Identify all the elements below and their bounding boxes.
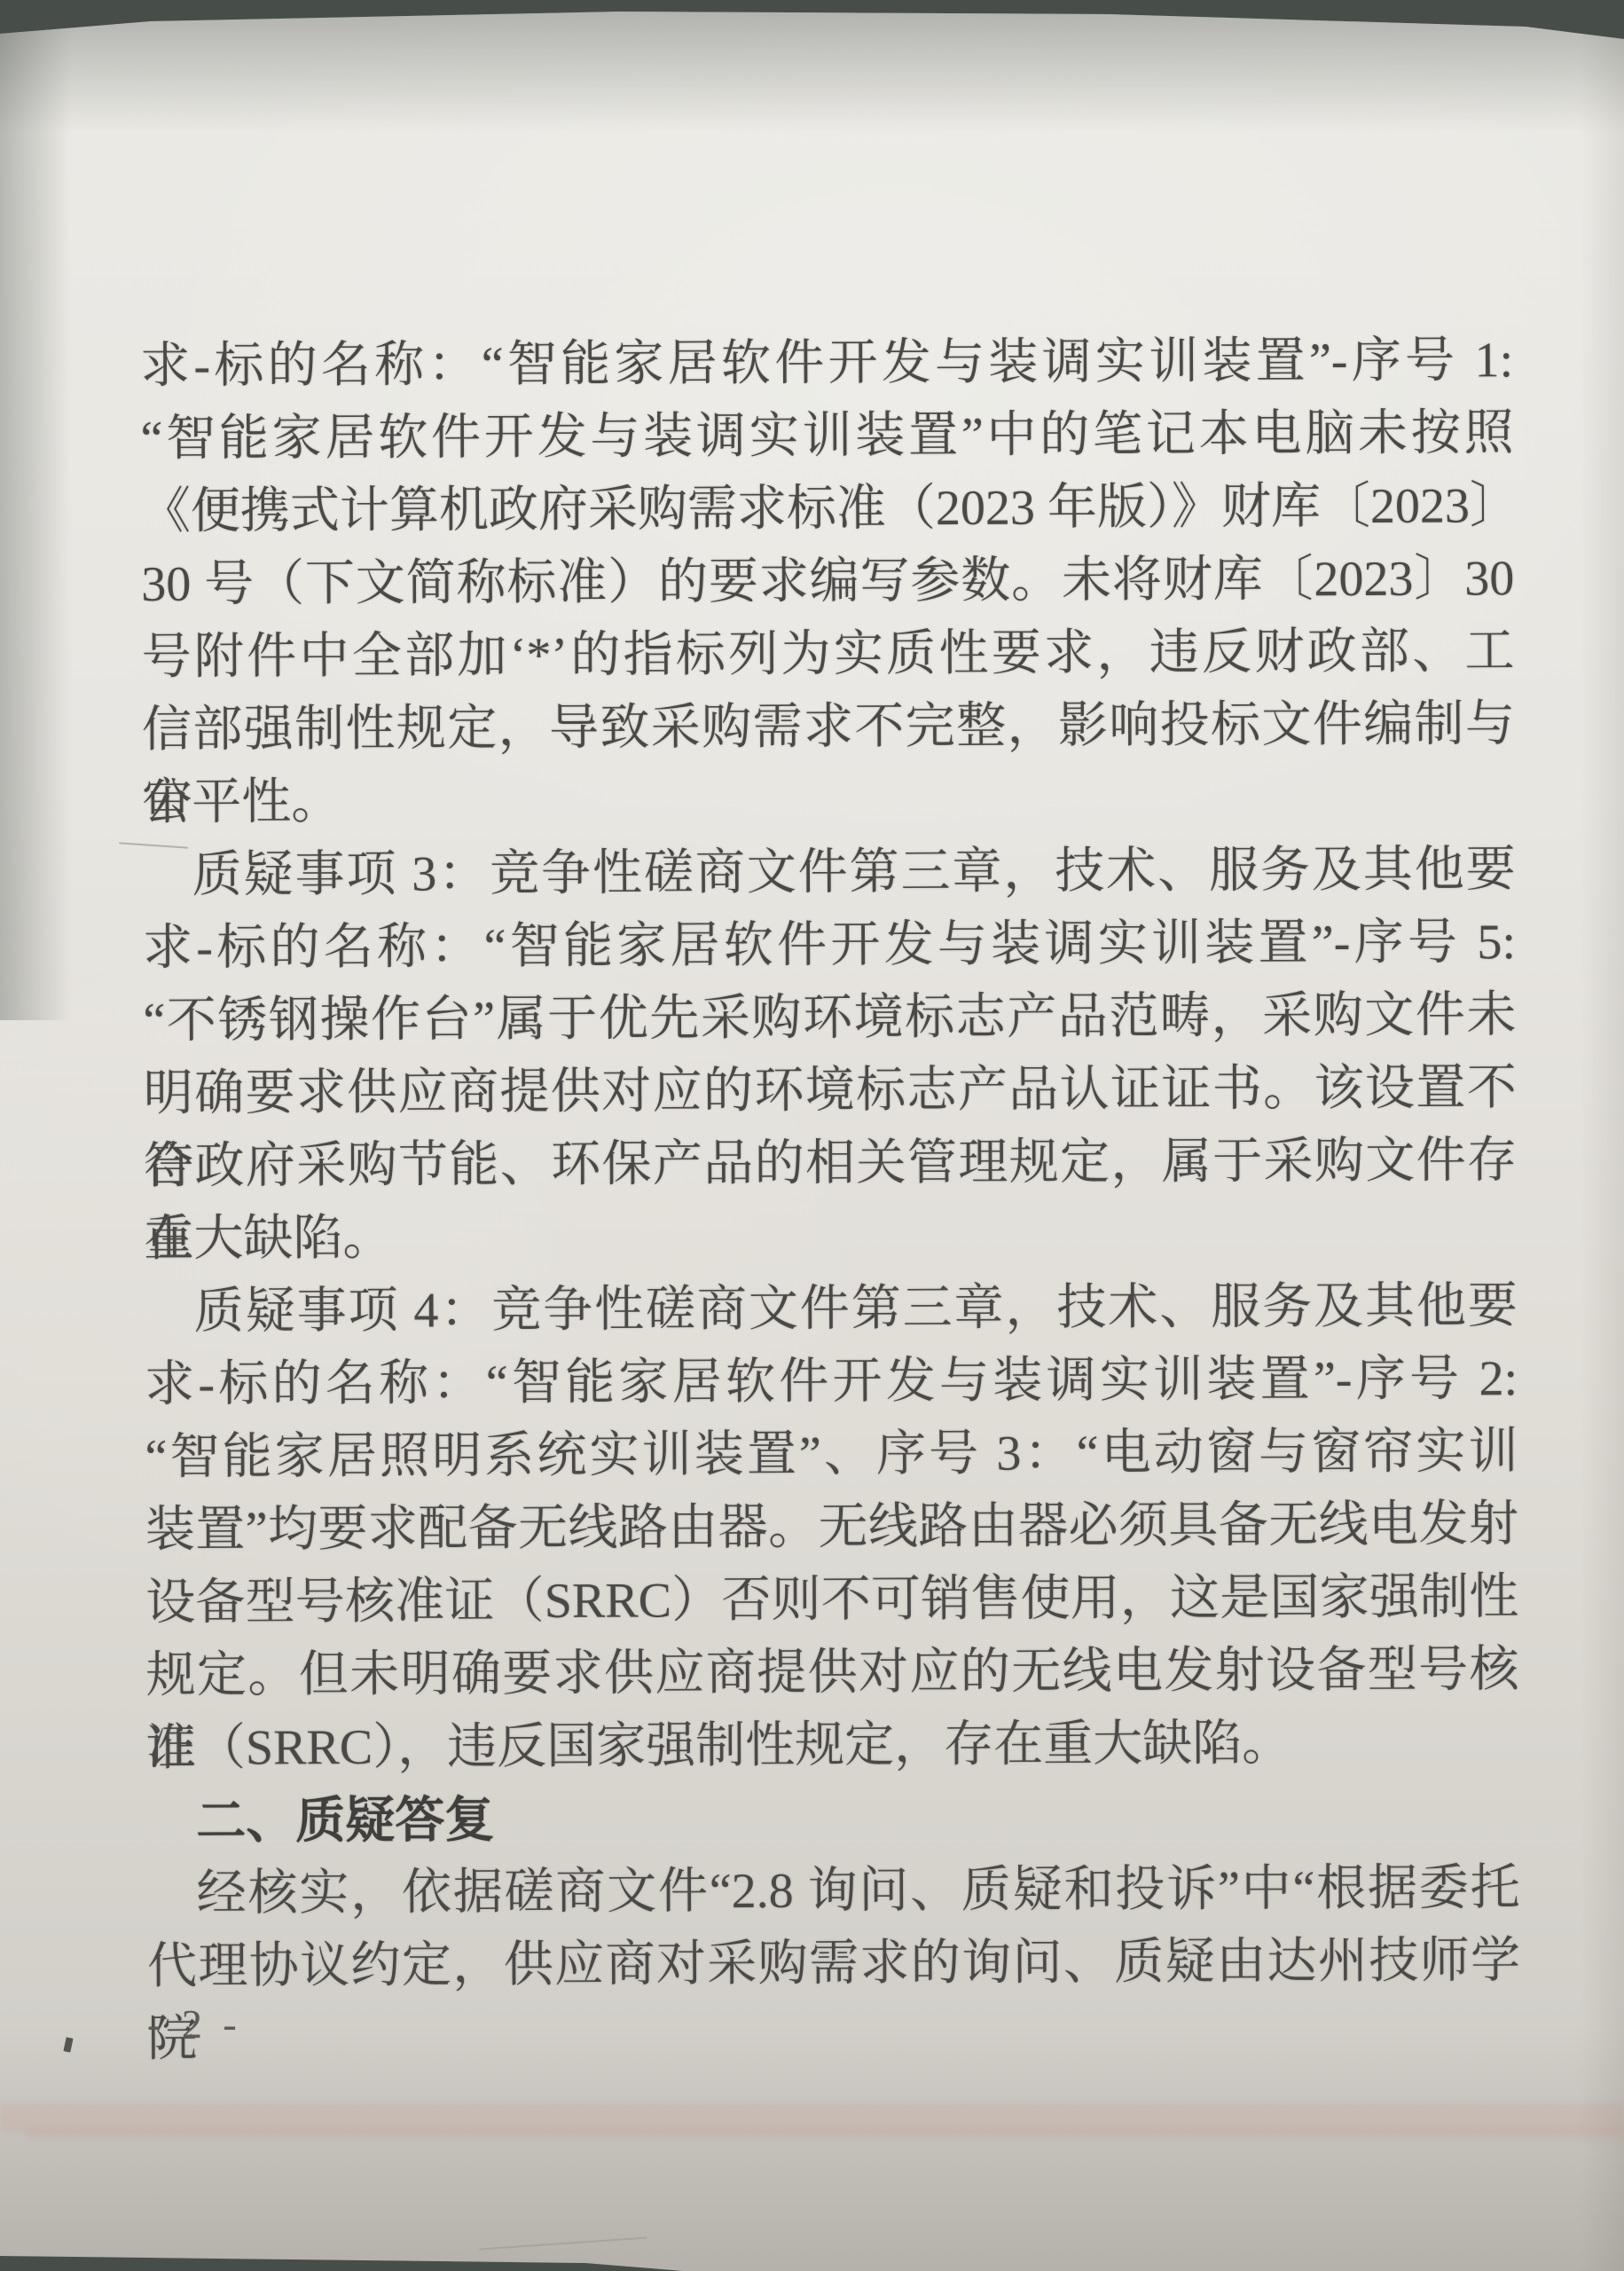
text-line: 明确要求供应商提供对应的环境标志产品认证证书。该设置不符 xyxy=(144,1051,1517,1130)
paper-top-edge-shadow xyxy=(0,0,1624,133)
text-line: “不锈钢操作台”属于优先采购环境标志产品范畴，采购文件未 xyxy=(143,978,1516,1057)
section-heading: 二、质疑答复 xyxy=(146,1779,1519,1858)
text-line: 求-标的名称：“智能家居软件开发与装调实训装置”-序号 5: xyxy=(143,906,1516,985)
text-line: 设备型号核准证（SRRC）否则不可销售使用，这是国家强制性 xyxy=(145,1560,1518,1639)
text-line: 质疑事项 3：竞争性磋商文件第三章，技术、服务及其他要 xyxy=(143,833,1516,912)
paper-bottom-vignette xyxy=(0,2023,1624,2271)
text-line: 信部强制性规定，导致采购需求不完整，影响投标文件编制与审 xyxy=(142,688,1515,766)
text-line: 装置”均要求配备无线路由器。无线路由器必须具备无线电发射 xyxy=(145,1488,1518,1567)
paper-sheet: 求-标的名称：“智能家居软件开发与装调实训装置”-序号 1: “智能家居软件开发… xyxy=(0,0,1624,2271)
page-number: - 2 - xyxy=(147,2001,242,2047)
paper-right-edge-shadow xyxy=(1580,0,1624,2271)
text-line: 30 号（下文简称标准）的要求编写参数。未将财库〔2023〕30 xyxy=(141,542,1514,621)
bleed-through-band xyxy=(27,2127,1624,2141)
text-line: 经核实，依据磋商文件“2.8 询问、质疑和投诉”中“根据委托 xyxy=(147,1851,1520,1930)
document-text-block: 求-标的名称：“智能家居软件开发与装调实训装置”-序号 1: “智能家居软件开发… xyxy=(140,324,1520,2003)
text-line: “智能家居照明系统实训装置”、序号 3：“电动窗与窗帘实训 xyxy=(145,1415,1518,1494)
text-line: 《便携式计算机政府采购需求标准（2023 年版）》财库〔2023〕 xyxy=(141,469,1514,548)
text-line: 求-标的名称：“智能家居软件开发与装调实训装置”-序号 1: xyxy=(140,324,1513,403)
text-line: 规定。但未明确要求供应商提供对应的无线电发射设备型号核准 xyxy=(145,1633,1518,1712)
text-line: 质疑事项 4：竞争性磋商文件第三章，技术、服务及其他要 xyxy=(145,1269,1518,1348)
text-line: 号附件中全部加‘*’的指标列为实质性要求，违反财政部、工 xyxy=(141,615,1514,694)
text-line: 重大缺陷。 xyxy=(144,1197,1517,1276)
text-line: 公平性。 xyxy=(142,760,1515,839)
text-line: 证（SRRC），违反国家强制性规定，存在重大缺陷。 xyxy=(146,1706,1519,1785)
text-line: 代理协议约定，供应商对采购需求的询问、质疑由达州技师学院 xyxy=(147,1924,1520,2003)
text-line: 求-标的名称：“智能家居软件开发与装调实训装置”-序号 2: xyxy=(145,1342,1518,1421)
text-line: 合政府采购节能、环保产品的相关管理规定，属于采购文件存在 xyxy=(144,1124,1517,1203)
photo-background: { "doc": { "lines": [ "求-标的名称：“智能家居软件开发与… xyxy=(0,0,1624,2271)
paper-left-edge-shadow xyxy=(0,0,71,1020)
text-line: “智能家居软件开发与装调实训装置”中的笔记本电脑未按照 xyxy=(140,397,1513,475)
